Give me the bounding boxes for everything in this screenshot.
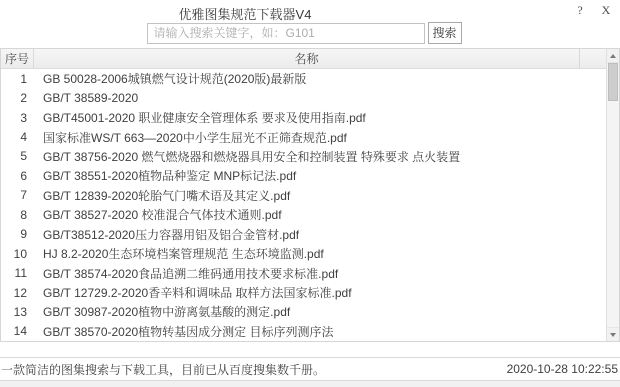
search-bar: 搜索 [0,21,620,45]
table-body: 1 GB 50028-2006城镇燃气设计规范(2020版)最新版 2 GB/T… [1,69,606,341]
table-row[interactable]: 8 GB/T 38527-2020 校准混合气体技术通则.pdf [1,205,606,224]
row-index: 12 [1,286,34,300]
row-name: GB/T 12729.2-2020香辛料和调味品 取样方法国家标准.pdf [34,284,606,301]
table-row[interactable]: 11 GB/T 38574-2020食品追溯二维码通用技术要求标准.pdf [1,263,606,282]
row-name: GB/T45001-2020 职业健康安全管理体系 要求及使用指南.pdf [34,109,606,126]
row-index: 6 [1,169,34,183]
table-row[interactable]: 5 GB/T 38756-2020 燃气燃烧器和燃烧器具用安全和控制装置 特殊要… [1,147,606,166]
table-row[interactable]: 3 GB/T45001-2020 职业健康安全管理体系 要求及使用指南.pdf [1,108,606,127]
row-name: GB/T 38527-2020 校准混合气体技术通则.pdf [34,206,606,223]
search-button[interactable]: 搜索 [428,22,462,44]
row-name: GB/T 38756-2020 燃气燃烧器和燃烧器具用安全和控制装置 特殊要求 … [34,148,606,165]
table-row[interactable]: 13 GB/T 30987-2020植物中游离氨基酸的测定.pdf [1,302,606,321]
row-index: 2 [1,91,34,105]
table-row[interactable]: 1 GB 50028-2006城镇燃气设计规范(2020版)最新版 [1,69,606,88]
title-bar: 优雅图集规范下载器V4 ? X [0,0,620,20]
row-name: GB/T 38589-2020 [34,91,606,105]
results-table: 序号 名称 1 GB 50028-2006城镇燃气设计规范(2020版)最新版 … [0,48,620,342]
row-name: GB/T38512-2020压力容器用铝及铝合金管材.pdf [34,226,606,243]
column-header-index[interactable]: 序号 [1,49,34,68]
scrollbar-thumb[interactable] [608,63,618,101]
table-header: 序号 名称 [1,49,606,69]
row-index: 5 [1,149,34,163]
vertical-scrollbar[interactable] [606,49,619,341]
bottom-strip [0,381,620,387]
row-name: HJ 8.2-2020生态环境档案管理规范 生态环境监测.pdf [34,245,606,262]
row-index: 4 [1,130,34,144]
row-name: GB/T 38574-2020食品追溯二维码通用技术要求标准.pdf [34,265,606,282]
table-row[interactable]: 10 HJ 8.2-2020生态环境档案管理规范 生态环境监测.pdf [1,244,606,263]
row-index: 13 [1,305,34,319]
scroll-down-icon[interactable] [607,327,619,341]
scroll-up-icon[interactable] [607,49,619,63]
row-name: GB 50028-2006城镇燃气设计规范(2020版)最新版 [34,70,606,87]
column-header-spacer [580,49,606,68]
status-timestamp: 2020-10-28 10:22:55 [507,362,618,376]
row-index: 11 [1,266,34,280]
table-row[interactable]: 4 国家标准WS/T 663—2020中小学生屈光不正筛查规范.pdf [1,127,606,146]
triangle-up-icon [610,54,616,58]
search-input[interactable] [147,23,425,44]
status-message: 一款简洁的图集搜索与下载工具，目前已从百度搜集数千册。 [1,361,325,378]
help-icon[interactable]: ? [572,3,588,18]
table-main: 序号 名称 1 GB 50028-2006城镇燃气设计规范(2020版)最新版 … [1,49,606,341]
row-name: GB/T 38570-2020植物转基因成分测定 目标序列测序法 [34,323,606,340]
row-index: 14 [1,324,34,338]
row-name: GB/T 30987-2020植物中游离氨基酸的测定.pdf [34,303,606,320]
status-bar: 一款简洁的图集搜索与下载工具，目前已从百度搜集数千册。 2020-10-28 1… [0,357,620,381]
table-row[interactable]: 9 GB/T38512-2020压力容器用铝及铝合金管材.pdf [1,225,606,244]
triangle-down-icon [610,333,616,337]
row-index: 10 [1,247,34,261]
row-index: 9 [1,227,34,241]
row-index: 3 [1,111,34,125]
row-name: 国家标准WS/T 663—2020中小学生屈光不正筛查规范.pdf [34,129,606,146]
table-row[interactable]: 6 GB/T 38551-2020植物品种鉴定 MNP标记法.pdf [1,166,606,185]
row-index: 8 [1,208,34,222]
close-icon[interactable]: X [598,3,614,18]
app-window: 优雅图集规范下载器V4 ? X 搜索 序号 名称 1 GB 50028-2006… [0,0,620,387]
row-index: 1 [1,72,34,86]
row-name: GB/T 38551-2020植物品种鉴定 MNP标记法.pdf [34,167,606,184]
table-row[interactable]: 7 GB/T 12839-2020轮胎气门嘴术语及其定义.pdf [1,186,606,205]
column-header-name[interactable]: 名称 [34,49,580,68]
table-row[interactable]: 2 GB/T 38589-2020 [1,88,606,107]
table-row[interactable]: 14 GB/T 38570-2020植物转基因成分测定 目标序列测序法 [1,322,606,341]
row-index: 7 [1,188,34,202]
row-name: GB/T 12839-2020轮胎气门嘴术语及其定义.pdf [34,187,606,204]
table-row[interactable]: 12 GB/T 12729.2-2020香辛料和调味品 取样方法国家标准.pdf [1,283,606,302]
